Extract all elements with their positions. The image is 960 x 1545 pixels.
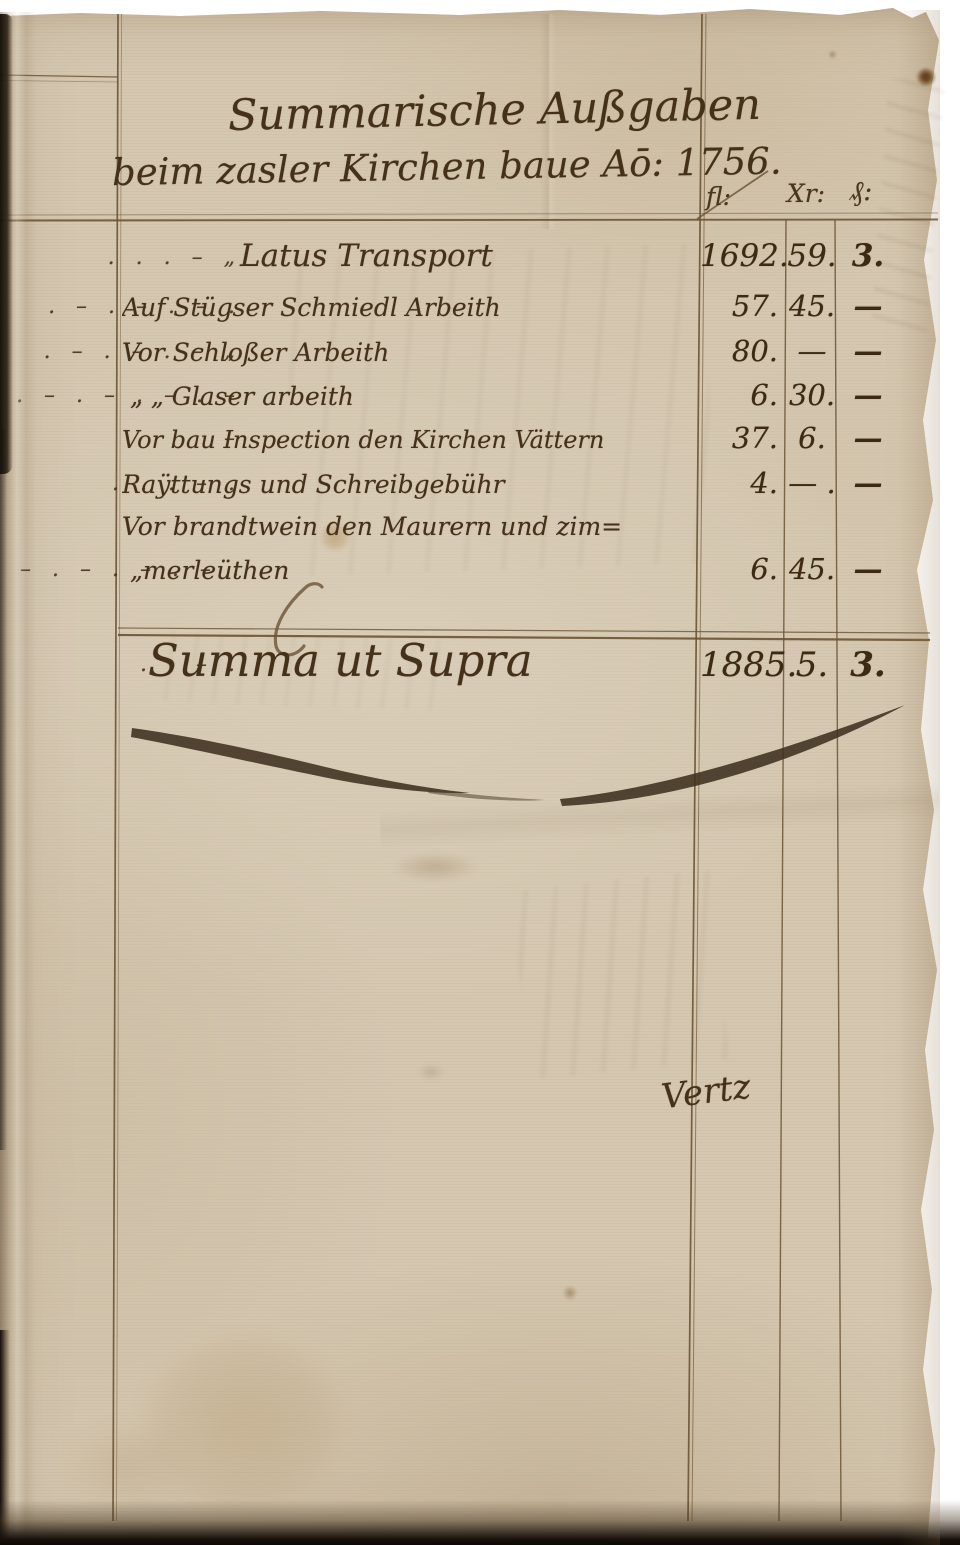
ledger-row-brandtwein-line2: „merleüthen 6. 45. — . – . – . – . – . (122, 552, 898, 586)
kreuzer-value: 30. (786, 378, 838, 412)
leader-dots: . . . – „ (0, 245, 242, 270)
page-bottom-edge (0, 1500, 960, 1545)
kreuzer-value: — . (786, 466, 838, 500)
leader-dots: – (0, 426, 242, 451)
summa-kreuzer-value: 5. (786, 645, 838, 685)
column-header-florin: fl: (706, 182, 772, 211)
ledger-row-schlosser: Vor Schloßer Arbeith 80. — — . – . – . –… (122, 334, 898, 368)
ledger-row-glaser: „ „ Glaser arbeith 6. 30. — . – . – . – … (122, 378, 898, 412)
paper-stain (390, 852, 480, 882)
ledger-row-brandtwein-line1: Vor brandtwein den Maurern und zim= (122, 512, 898, 541)
paper-stain (562, 1286, 578, 1300)
ink-stain (828, 50, 837, 59)
kreuzer-value: — (786, 334, 838, 368)
summa-row: Summa ut Supra 1885. 5. 3. . . – . (122, 634, 898, 687)
entry-label: Vor brandtwein den Maurern und zim= (122, 512, 700, 541)
page-title-line1: Summarische Außgaben (228, 81, 707, 141)
deckle-edge-shading (880, 10, 940, 1545)
paper-stain (418, 1064, 444, 1080)
leader-dots: . . – . (0, 652, 242, 677)
florin-value: 37. (700, 421, 786, 455)
ink-bleedthrough (511, 870, 730, 1080)
florin-value: 6. (700, 552, 786, 586)
ledger-row-bau-inspection: Vor bau Inspection den Kirchen Vättern 3… (122, 421, 898, 455)
scanned-ledger-page: { "page": { "title_line1": "Summarische … (0, 0, 960, 1545)
florin-value: 57. (700, 289, 786, 323)
leader-dots: . – . – . – „ (0, 339, 242, 364)
ledger-row-schreibgebuehr: Raÿttungs und Schreibgebühr 4. — . — . .… (122, 466, 898, 500)
leader-dots: . – . – . – . (0, 294, 242, 319)
leader-dots: . . . – . (0, 471, 242, 496)
binding-edge-dark (0, 14, 13, 474)
water-stain (55, 1420, 195, 1510)
florin-value: 6. (700, 378, 786, 412)
leader-dots: . – . – . – . – (0, 383, 242, 408)
kreuzer-value: 45. (786, 289, 838, 323)
column-header-kreuzer: Xr: (780, 179, 832, 208)
summa-florin-value: 1885. (700, 645, 786, 685)
kreuzer-value: 6. (786, 421, 838, 455)
binding-edge-dark (0, 430, 7, 1150)
kreuzer-value: 59. (786, 238, 838, 274)
florin-value: 80. (700, 334, 786, 368)
florin-value: 4. (700, 466, 786, 500)
paper-sheet (0, 0, 960, 1545)
ledger-row-schmiedl: Auf Stügser Schmiedl Arbeith 57. 45. — .… (122, 289, 898, 323)
kreuzer-value: 45. (786, 552, 838, 586)
florin-value: 1692. (700, 238, 786, 274)
ledger-row-latus-transport: Latus Transport 1692. 59. 3. . . . – „ (122, 238, 898, 274)
leader-dots: . – . – . – . – . (0, 557, 242, 582)
